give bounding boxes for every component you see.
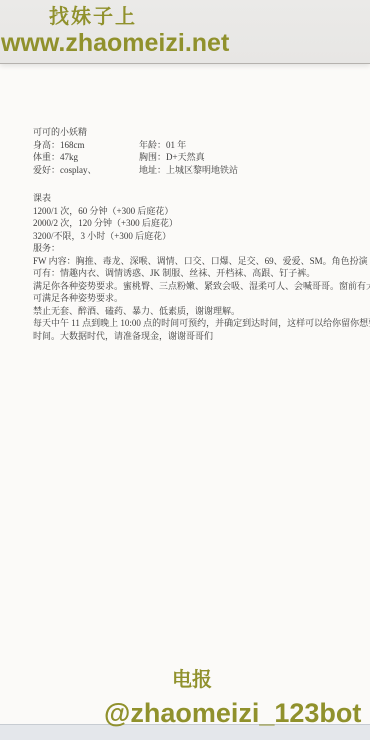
- site-url-link[interactable]: www.zhaomeizi.net: [1, 29, 229, 57]
- schedule-heading: 课表: [33, 192, 363, 205]
- schedule-line: 2000/2 次，120 分钟（+300 后庭花）: [33, 217, 363, 230]
- booking-line: 时间。大数据时代，请准备现金，谢谢哥哥们: [33, 330, 363, 343]
- profile-address: 地址：上城区黎明地铁站: [139, 164, 238, 177]
- site-name: 找妹子上: [49, 5, 137, 29]
- profile-row: 爱好：cosplay、 地址：上城区黎明地铁站: [33, 164, 363, 177]
- services-line: 可有：情趣内衣、调情诱惑、JK 制服、丝袜、开档袜、高跟、钉子裤。: [33, 267, 363, 280]
- telegram-label: 电报: [172, 668, 212, 692]
- profile-row: 身高：168cm 年龄：01 年: [33, 139, 363, 152]
- page: 找妹子上 www.zhaomeizi.net 可可的小妖精 身高：168cm 年…: [0, 0, 370, 740]
- profile-age: 年龄：01 年: [139, 139, 186, 152]
- profile-weight: 体重：47kg: [33, 152, 78, 162]
- schedule-line: 3200/不限，3 小时（+300 后庭花）: [33, 230, 363, 243]
- profile-hobby: 爱好：cosplay、: [33, 165, 97, 175]
- services-line: 禁止无套、醉酒、磕药、暴力、低素质，谢谢理解。: [33, 305, 363, 318]
- header-banner: 找妹子上 www.zhaomeizi.net: [0, 0, 370, 64]
- services-heading: 服务：: [33, 242, 363, 255]
- profile-row: 体重：47kg 胸围：D+天然真: [33, 151, 363, 164]
- profile-cup: 胸围：D+天然真: [139, 151, 205, 164]
- services-line: 可满足各种姿势要求。: [33, 292, 363, 305]
- telegram-handle-link[interactable]: @zhaomeizi_123bot: [104, 697, 361, 729]
- section-gap: [33, 176, 363, 192]
- services-line: FW 内容：胸推、毒龙、深喉、调情、口交、口爆、足交、69、爱爱、SM。角色扮演…: [33, 255, 363, 268]
- schedule-line: 1200/1 次，60 分钟（+300 后庭花）: [33, 205, 363, 218]
- listing-content: 可可的小妖精 身高：168cm 年龄：01 年 体重：47kg 胸围：D+天然真…: [33, 126, 363, 342]
- profile-height: 身高：168cm: [33, 140, 85, 150]
- profile-title: 可可的小妖精: [33, 126, 363, 139]
- booking-line: 每天中午 11 点到晚上 10:00 点的时间可预约，并确定到达时间，这样可以给…: [33, 317, 363, 330]
- services-line: 满足你各种姿势要求。蜜桃臀、三点粉嫩、紧致会吸、湿柔可人、会喊哥哥。窗前有大镜子…: [33, 280, 363, 293]
